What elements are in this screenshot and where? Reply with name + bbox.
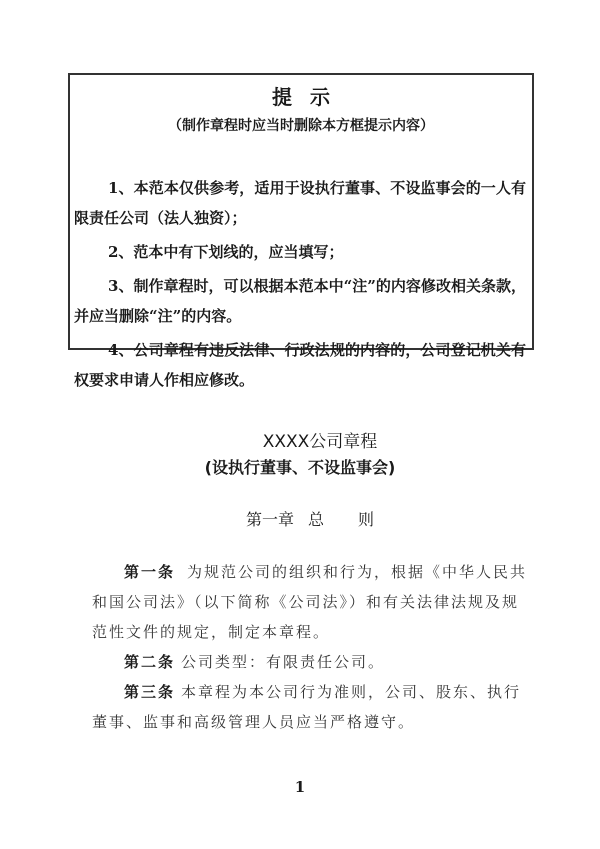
notice-box: 提示 （制作章程时应当时删除本方框提示内容） 1、本范本仅供参考，适用于设执行董… [68, 73, 534, 350]
article-2: 第二条公司类型：有限责任公司。 [92, 647, 534, 677]
notice-items: 1、本范本仅供参考，适用于设执行董事、不设监事会的一人有限责任公司（法人独资）；… [74, 173, 526, 395]
article-text: 公司类型：有限责任公司。 [181, 653, 385, 671]
article-label: 第二条 [124, 653, 175, 671]
document-subtitle: (设执行董事、不设监事会) [0, 455, 600, 478]
page-number: 1 [0, 778, 600, 796]
notice-item-4: 4、公司章程有违反法律、行政法规的内容的，公司登记机关有权要求申请人作相应修改。 [74, 335, 526, 395]
article-label: 第一条 [124, 563, 175, 581]
article-3: 第三条本章程为本公司行为准则，公司、股东、执行董事、监事和高级管理人员应当严格遵… [92, 677, 534, 737]
chapter-heading: 第一章总则 [0, 507, 600, 530]
articles-section: 第一条为规范公司的组织和行为，根据《中华人民共和国公司法》（以下简称《公司法》）… [92, 557, 534, 737]
chapter-name-part2: 则 [358, 510, 374, 529]
document-title: XXXX公司章程 [0, 427, 600, 452]
chapter-name-part1: 总 [308, 510, 324, 529]
notice-item-3: 3、制作章程时，可以根据本范本中“注”的内容修改相关条款，并应当删除“注”的内容… [74, 271, 526, 331]
notice-subtitle: （制作章程时应当时删除本方框提示内容） [70, 115, 532, 135]
notice-item-1: 1、本范本仅供参考，适用于设执行董事、不设监事会的一人有限责任公司（法人独资）； [74, 173, 526, 233]
chapter-number: 第一章 [246, 510, 294, 529]
notice-item-2: 2、范本中有下划线的，应当填写； [74, 237, 526, 267]
article-1: 第一条为规范公司的组织和行为，根据《中华人民共和国公司法》（以下简称《公司法》）… [92, 557, 534, 647]
article-label: 第三条 [124, 683, 175, 701]
notice-title: 提示 [70, 81, 532, 110]
